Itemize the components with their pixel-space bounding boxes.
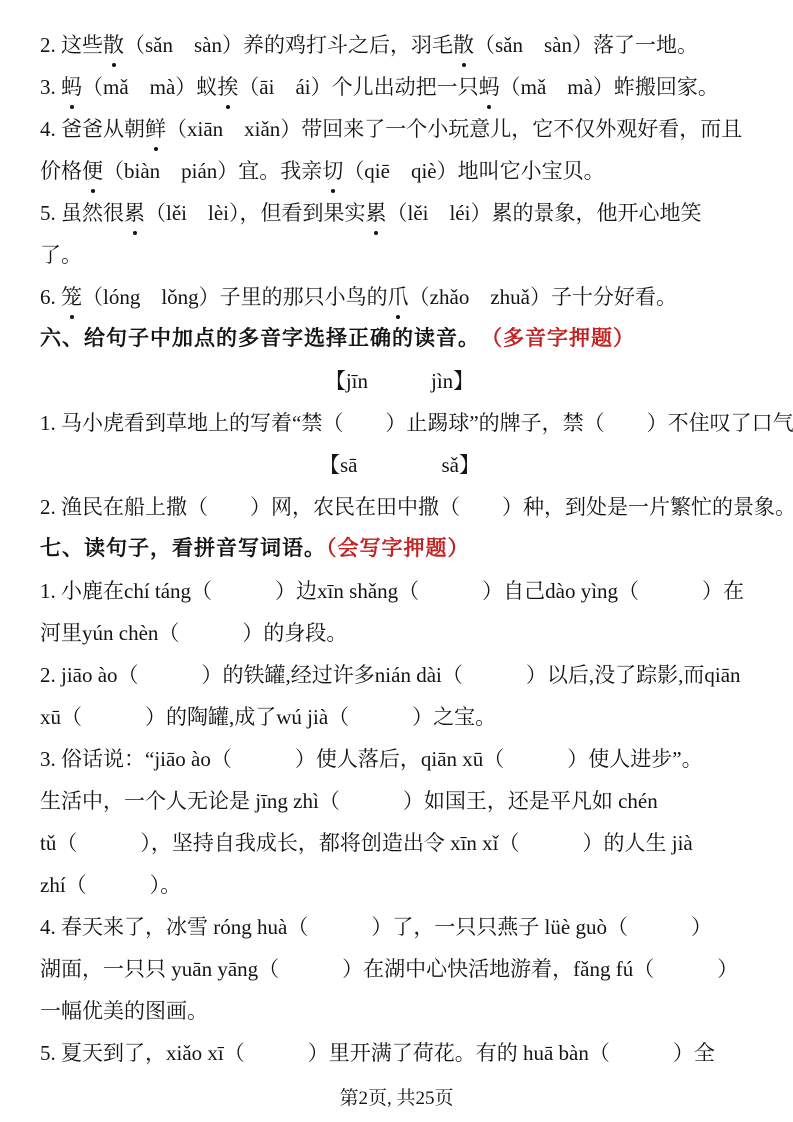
text-run: （lěi léi）累的景象，他开心地笑 bbox=[386, 201, 701, 225]
text-run: 3. bbox=[40, 75, 61, 99]
text-run: 2. 这些 bbox=[40, 33, 103, 57]
section-seven-item-1-line-1: 1. 小鹿在chí táng（ ）边xīn shǎng（ ）自己dào yìng… bbox=[40, 570, 759, 612]
text-run: zhí（ ）。 bbox=[40, 873, 181, 897]
text-run: 【jīn jìn】 bbox=[325, 369, 474, 393]
emphasized-char: 鲜 bbox=[145, 108, 166, 150]
section-seven-item-4-line-3: 一幅优美的图画。 bbox=[40, 990, 759, 1032]
text-run: （mǎ mà）蚁 bbox=[82, 75, 217, 99]
pinyin-choice-sa: 【sā sǎ】 bbox=[40, 444, 759, 486]
emphasized-char: 切 bbox=[322, 150, 343, 192]
red-annotation: （多音字押题） bbox=[492, 327, 636, 350]
section-six-item-1: 1. 马小虎看到草地上的写着“禁（ ）止踢球”的牌子，禁（ ）不住叹了口气。 bbox=[40, 402, 759, 444]
text-run: 2. 渔民在船上撒（ ）网，农民在田中撒（ ）种，到处是一片繁忙的景象。 bbox=[40, 495, 793, 519]
section-seven-header: 七、读句子，看拼音写词语。（会写字押题） bbox=[40, 528, 759, 570]
text-run: 了。 bbox=[40, 243, 82, 267]
item-5-line-2: 了。 bbox=[40, 234, 759, 276]
text-run: 4. 春天来了，冰雪 róng huà（ ）了，一只只燕子 lüè guò（ ） bbox=[40, 915, 712, 939]
item-6-multi-pronunciation: 6. 笼（lóng lǒng）子里的那只小鸟的爪（zhǎo zhuǎ）子十分好看… bbox=[40, 276, 759, 318]
text-run: 河里yún chèn（ ）的身段。 bbox=[40, 621, 347, 645]
section-seven-item-5-line-1: 5. 夏天到了，xiǎo xī（ ）里开满了荷花。有的 huā bàn（ ）全 bbox=[40, 1032, 759, 1074]
section-six-header: 六、给句子中加点的多音字选择正确的读音。 （多音字押题） bbox=[40, 318, 759, 360]
item-5-line-1: 5. 虽然很累（lěi lèi），但看到果实累（lěi léi）累的景象，他开心… bbox=[40, 192, 759, 234]
page-footer: 第2页, 共25页 bbox=[0, 1083, 793, 1110]
text-run: 2. jiāo ào（ ）的铁罐,经过许多nián dài（ ）以后,没了踪影,… bbox=[40, 663, 741, 687]
emphasized-char: 笼 bbox=[61, 276, 82, 318]
text-run: 5. 虽然很 bbox=[40, 201, 124, 225]
text-run: tǔ（ ），坚持自我成长，都将创造出令 xīn xǐ（ ）的人生 jià bbox=[40, 831, 693, 855]
text-run: 一幅优美的图画。 bbox=[40, 999, 208, 1023]
item-2-multi-pronunciation: 2. 这些散（sǎn sàn）养的鸡打斗之后，羽毛散（sǎn sàn）落了一地。 bbox=[40, 24, 759, 66]
text-run: （āi ái）个儿出动把一只 bbox=[238, 75, 478, 99]
text-run: 6. bbox=[40, 285, 61, 309]
emphasized-char: 便 bbox=[82, 150, 103, 192]
text-run: 1. 马小虎看到草地上的写着“禁（ ）止踢球”的牌子，禁（ ）不住叹了口气。 bbox=[40, 411, 793, 435]
text-run: （sǎn sàn）落了一地。 bbox=[474, 33, 698, 57]
text-run: （mǎ mà）蚱搬回家。 bbox=[500, 75, 719, 99]
emphasized-char: 爪 bbox=[388, 276, 409, 318]
red-annotation: （会写字押题） bbox=[326, 537, 470, 560]
section-seven-item-4-line-1: 4. 春天来了，冰雪 róng huà（ ）了，一只只燕子 lüè guò（ ） bbox=[40, 906, 759, 948]
text-run: 七、读句子，看拼音写词语。 bbox=[40, 537, 326, 560]
section-six-item-2: 2. 渔民在船上撒（ ）网，农民在田中撒（ ）种，到处是一片繁忙的景象。 bbox=[40, 486, 759, 528]
section-seven-item-2-line-1: 2. jiāo ào（ ）的铁罐,经过许多nián dài（ ）以后,没了踪影,… bbox=[40, 654, 759, 696]
text-run: 4. 爸爸从朝 bbox=[40, 117, 145, 141]
text-run: 1. 小鹿在chí táng（ ）边xīn shǎng（ ）自己dào yìng… bbox=[40, 579, 744, 603]
emphasized-char: 挨 bbox=[217, 66, 238, 108]
text-run: xū（ ）的陶罐,成了wú jià（ ）之宝。 bbox=[40, 705, 496, 729]
worksheet-page: 2. 这些散（sǎn sàn）养的鸡打斗之后，羽毛散（sǎn sàn）落了一地。… bbox=[0, 0, 793, 1122]
text-run: （biàn pián）宜。我亲 bbox=[103, 159, 322, 183]
text-run: 【sā sǎ】 bbox=[319, 453, 480, 477]
text-run: 价格 bbox=[40, 159, 82, 183]
emphasized-char: 散 bbox=[453, 24, 474, 66]
text-run: （qiē qiè）地叫它小宝贝。 bbox=[343, 159, 604, 183]
text-run: （xiān xiǎn）带回来了一个小玩意儿，它不仅外观好看，而且 bbox=[166, 117, 742, 141]
text-run: 生活中，一个人无论是 jīng zhì（ ）如国王，还是平凡如 chén bbox=[40, 789, 658, 813]
text-run: （sǎn sàn）养的鸡打斗之后，羽毛 bbox=[124, 33, 453, 57]
section-seven-item-3-line-2: 生活中，一个人无论是 jīng zhì（ ）如国王，还是平凡如 chén bbox=[40, 780, 759, 822]
emphasized-char: 散 bbox=[103, 24, 124, 66]
text-run: 5. 夏天到了，xiǎo xī（ ）里开满了荷花。有的 huā bàn（ ）全 bbox=[40, 1041, 715, 1065]
text-run: 六、给句子中加点的多音字选择正确的读音。 bbox=[40, 327, 492, 350]
item-3-multi-pronunciation: 3. 蚂（mǎ mà）蚁挨（āi ái）个儿出动把一只蚂（mǎ mà）蚱搬回家。 bbox=[40, 66, 759, 108]
section-seven-item-3-line-1: 3. 俗话说：“jiāo ào（ ）使人落后，qiān xū（ ）使人进步”。 bbox=[40, 738, 759, 780]
text-run: （lěi lèi），但看到果实 bbox=[145, 201, 365, 225]
section-seven-item-1-line-2: 河里yún chèn（ ）的身段。 bbox=[40, 612, 759, 654]
emphasized-char: 蚂 bbox=[61, 66, 82, 108]
item-4-line-1: 4. 爸爸从朝鲜（xiān xiǎn）带回来了一个小玩意儿，它不仅外观好看，而且 bbox=[40, 108, 759, 150]
text-run: （zhǎo zhuǎ）子十分好看。 bbox=[409, 285, 677, 309]
emphasized-char: 累 bbox=[124, 192, 145, 234]
item-4-line-2: 价格便（biàn pián）宜。我亲切（qiē qiè）地叫它小宝贝。 bbox=[40, 150, 759, 192]
section-seven-item-2-line-2: xū（ ）的陶罐,成了wú jià（ ）之宝。 bbox=[40, 696, 759, 738]
text-run: 3. 俗话说：“jiāo ào（ ）使人落后，qiān xū（ ）使人进步”。 bbox=[40, 747, 703, 771]
emphasized-char: 累 bbox=[365, 192, 386, 234]
section-seven-item-4-line-2: 湖面，一只只 yuān yāng（ ）在湖中心快活地游着，fǎng fú（ ） bbox=[40, 948, 759, 990]
text-run: 湖面，一只只 yuān yāng（ ）在湖中心快活地游着，fǎng fú（ ） bbox=[40, 957, 738, 981]
section-seven-item-3-line-3: tǔ（ ），坚持自我成长，都将创造出令 xīn xǐ（ ）的人生 jià bbox=[40, 822, 759, 864]
pinyin-choice-jin: 【jīn jìn】 bbox=[40, 360, 759, 402]
text-run: （lóng lǒng）子里的那只小鸟的 bbox=[82, 285, 388, 309]
section-seven-item-3-line-4: zhí（ ）。 bbox=[40, 864, 759, 906]
emphasized-char: 蚂 bbox=[479, 66, 500, 108]
